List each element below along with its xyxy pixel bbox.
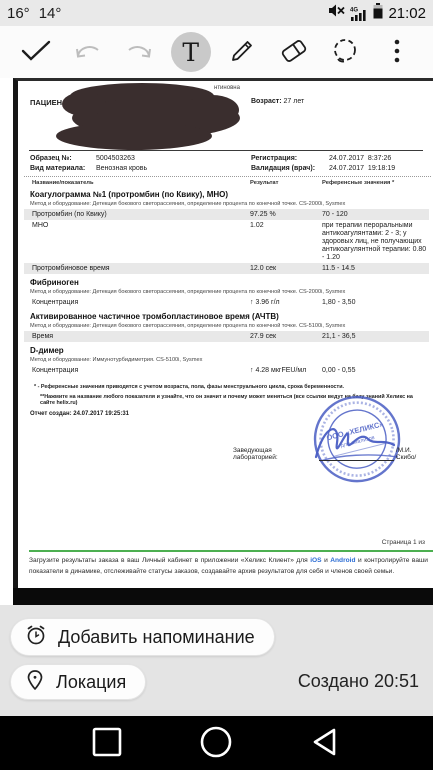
high-arrow-icon: ↑ [250, 367, 255, 374]
page-number: Страница 1 из [382, 539, 425, 546]
location-pin-icon [25, 669, 45, 696]
alarm-icon [25, 624, 47, 651]
header-divider [29, 150, 423, 151]
registration-label: Регистрация: [251, 155, 329, 162]
location-button[interactable]: Локация [10, 664, 146, 700]
reference-range: 11.5 - 14.5 [322, 265, 429, 273]
overflow-menu-button[interactable] [375, 30, 419, 74]
section-method: Метод и оборудование: Детекция бокового … [30, 289, 429, 296]
dotted-divider [24, 176, 431, 177]
reference-range: 21,1 - 36,5 [322, 333, 429, 341]
high-arrow-icon: ↑ [250, 299, 255, 306]
analyte-name: Время [24, 333, 250, 340]
lab-row: Протромбиновое время12.0 сек11.5 - 14.5 [24, 263, 429, 274]
section-title: D-димер [30, 346, 429, 356]
signal-4g-icon: 4G [350, 6, 368, 21]
back-button[interactable] [302, 719, 350, 767]
result-value: ↑ 4.28 мкгFEU/мл [250, 367, 322, 374]
lab-row: Время27.9 сек21,1 - 36,5 [24, 331, 429, 342]
validation-value: 24.07.2017 19:18:19 [329, 165, 429, 172]
patient-header: ПАЦИЕН нтиновна новая Возраст: 27 лет [18, 81, 433, 151]
lasso-icon [331, 38, 359, 67]
patient-age: Возраст: 27 лет [251, 98, 304, 105]
material-value: Венозная кровь [96, 165, 251, 172]
analyte-name: Протромбин (по Квику) [24, 211, 250, 218]
analyte-name: Концентрация [24, 299, 250, 306]
section-method: Метод и оборудование: Детекция бокового … [30, 323, 429, 330]
footnote1: * - Референсные значения приводятся с уч… [34, 384, 429, 390]
lab-row: Концентрация↑ 3.96 г/л1,80 - 3,50 [24, 297, 429, 308]
reference-range: 70 - 120 [322, 211, 429, 219]
reference-range: 0,00 - 0,55 [322, 367, 429, 375]
sample-number-value: 5004503263 [96, 155, 251, 162]
analyte-name: Концентрация [24, 367, 250, 374]
analyte-name: МНО [24, 222, 250, 229]
section-title: Коагулограмма №1 (протромбин (по Квику),… [30, 190, 429, 200]
lab-report-page: ПАЦИЕН нтиновна новая Возраст: 27 лет Об [13, 78, 433, 588]
redo-arrow-icon [125, 41, 153, 64]
undo-button[interactable] [66, 30, 110, 74]
column-reference: Референсные значения * [322, 180, 429, 186]
table-column-headers: Название/показатель Результат Референсны… [18, 180, 433, 186]
location-label: Локация [56, 672, 126, 693]
page-bottom-edge [13, 588, 433, 605]
home-button[interactable] [192, 719, 240, 767]
reference-range: при терапии пероральными антикоагулянтам… [322, 222, 429, 262]
lab-section: Активированное частичное тромбопластинов… [24, 312, 429, 342]
lab-row: Концентрация↑ 4.28 мкгFEU/мл0,00 - 0,55 [24, 365, 429, 376]
section-method: Метод и оборудование: Детекция бокового … [30, 201, 429, 208]
battery-icon [373, 3, 383, 24]
home-circle-icon [199, 725, 233, 762]
text-tool-icon: T [171, 32, 211, 72]
note-actions-panel: Добавить напоминание Локация Создано 20:… [0, 605, 433, 716]
age-value: 27 лет [284, 98, 305, 105]
lab-section: D-димерМетод и оборудование: Иммунотурби… [24, 346, 429, 376]
signature-label: Заведующая лабораторией: [233, 447, 317, 461]
result-value: 12.0 сек [250, 265, 322, 272]
weather-temp-night: 14° [39, 5, 62, 22]
section-title: Активированное частичное тромбопластинов… [30, 312, 429, 322]
status-bar: 16° 14° 4G 21:02 [0, 0, 433, 26]
android-nav-bar [0, 716, 433, 770]
sample-meta: Образец №: 5004503263 Регистрация: 24.07… [30, 155, 429, 172]
lab-row: Протромбин (по Квику)97.25 %70 - 120 [24, 209, 429, 220]
result-value: 97.25 % [250, 211, 322, 218]
back-triangle-icon [310, 726, 342, 761]
promo-link[interactable]: iOS [310, 557, 321, 564]
promo-text: Загрузите результаты заказа в ваш Личный… [29, 556, 428, 577]
lasso-tool-button[interactable] [323, 30, 367, 74]
reference-range: 1,80 - 3,50 [322, 299, 429, 307]
svg-text:4G: 4G [350, 7, 358, 13]
section-method: Метод и оборудование: Иммунотурбидиметри… [30, 357, 429, 364]
weather-temp-day: 16° [7, 5, 30, 22]
column-name: Название/показатель [24, 180, 250, 186]
footer-accent-line [29, 550, 433, 552]
result-value: ↑ 3.96 г/л [250, 299, 322, 306]
lab-stamp: ООО «ХЕЛИКС» для анализов [310, 395, 406, 491]
eraser-icon [280, 38, 308, 67]
signature-line [319, 455, 394, 461]
redaction-blob [54, 82, 240, 154]
result-value: 1.02 [250, 222, 322, 229]
pencil-icon [229, 38, 255, 67]
add-reminder-button[interactable]: Добавить напоминание [10, 618, 275, 656]
analyte-name: Протромбиновое время [24, 265, 250, 272]
signature-name: /М.И. Скибо/ [396, 447, 433, 461]
created-timestamp: Создано 20:51 [298, 671, 419, 692]
registration-value: 24.07.2017 8:37:26 [329, 155, 429, 162]
mute-icon [328, 3, 345, 23]
result-value: 27.9 сек [250, 333, 322, 340]
eraser-tool-button[interactable] [272, 30, 316, 74]
age-label: Возраст: [251, 98, 282, 105]
pencil-tool-button[interactable] [220, 30, 264, 74]
kebab-menu-icon [394, 39, 400, 66]
check-icon [21, 40, 51, 65]
undo-arrow-icon [74, 41, 102, 64]
recents-button[interactable] [83, 719, 131, 767]
clock-time: 21:02 [388, 5, 426, 22]
redo-button[interactable] [117, 30, 161, 74]
recents-square-icon [91, 726, 123, 761]
lab-section: Коагулограмма №1 (протромбин (по Квику),… [24, 190, 429, 274]
signature-row: Заведующая лабораторией: /М.И. Скибо/ [233, 447, 433, 461]
document-viewport[interactable]: ПАЦИЕН нтиновна новая Возраст: 27 лет Об [0, 78, 433, 605]
lab-sections: Коагулограмма №1 (протромбин (по Квику),… [18, 189, 433, 417]
section-title: Фибриноген [30, 278, 429, 288]
text-tool-button[interactable]: T [169, 30, 213, 74]
annotation-toolbar: T [0, 26, 433, 78]
material-label: Вид материала: [30, 165, 96, 172]
lab-section: ФибриногенМетод и оборудование: Детекция… [24, 278, 429, 308]
lab-row: МНО1.02при терапии пероральными антикоаг… [24, 220, 429, 263]
sample-number-label: Образец №: [30, 155, 96, 162]
confirm-button[interactable] [14, 30, 58, 74]
add-reminder-label: Добавить напоминание [58, 627, 255, 648]
validation-label: Валидация (врач): [251, 165, 329, 172]
promo-link[interactable]: Android [330, 557, 355, 564]
column-result: Результат [250, 180, 322, 186]
